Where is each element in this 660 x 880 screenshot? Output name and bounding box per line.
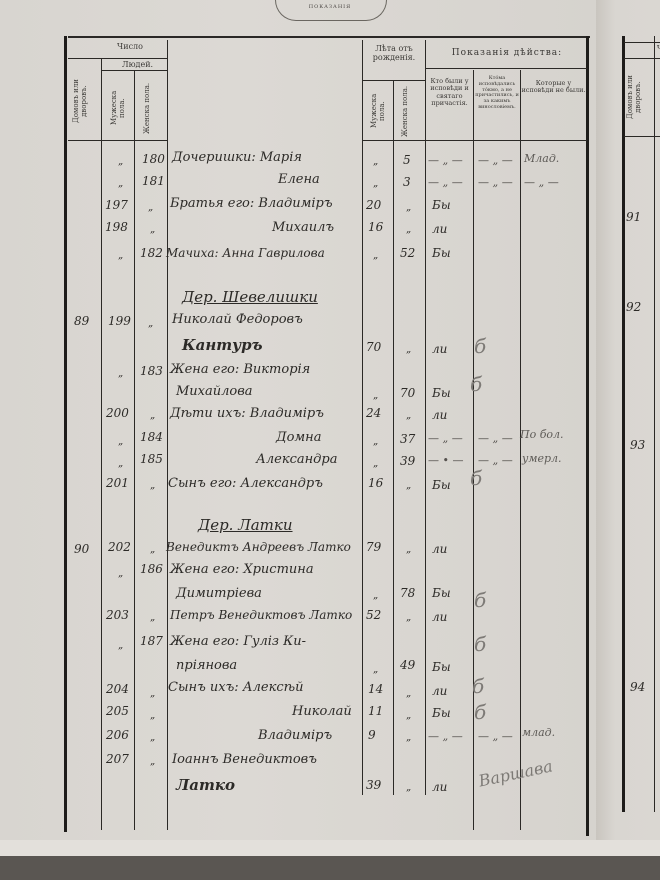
row-12-age-m: „ [373, 590, 378, 601]
row-13-male-no: 203 [106, 608, 129, 622]
row-9-name: Александра [256, 452, 338, 467]
row-10-age-m: 16 [368, 476, 383, 490]
row-17-not-confessed: млад. [522, 726, 555, 739]
right-page-household-94: 94 [630, 680, 645, 694]
row-18-female-no: „ [150, 756, 155, 767]
row-8-only: — „ — [478, 432, 513, 445]
row-17-age-m: 9 [368, 728, 376, 742]
header-line-age [362, 80, 425, 81]
row-8-age-f: 37 [400, 432, 415, 446]
row-5-name: Николай Федоровъ [172, 312, 303, 327]
row-14-patronymic: пріянова [176, 658, 237, 673]
row-14-age-f: 49 [400, 658, 415, 672]
row-6-confessed: Бы [432, 386, 451, 400]
row-3-age-f: „ [406, 224, 411, 235]
table-top-border [68, 36, 590, 38]
row-8-female-no: 184 [140, 430, 163, 444]
row-3-female-no: „ [150, 224, 155, 235]
row-0-name: Дочеришки: Марія [172, 150, 302, 165]
row-11-male-no: 202 [108, 540, 131, 554]
row-7-confessed: ли [432, 408, 447, 422]
row-9-male-no: „ [118, 458, 123, 469]
row-6-age-f: 70 [400, 386, 415, 400]
row-4-male-no: „ [118, 250, 123, 261]
row-14-confessed: Бы [432, 660, 451, 674]
row-11-household: 90 [74, 542, 89, 556]
col-divider-female [167, 40, 168, 830]
row-6-age-m: „ [373, 390, 378, 401]
row-3-confessed: ли [432, 222, 447, 236]
col-divider-age-male [393, 80, 394, 795]
row-3-age-m: 16 [368, 220, 383, 234]
row-15-female-no: „ [150, 688, 155, 699]
row-10-female-no: „ [150, 480, 155, 491]
row-2-female-no: „ [148, 202, 153, 213]
row-8-confessed: — „ — [428, 432, 463, 445]
row-11-confessed: ли [432, 542, 447, 556]
row-0-confessed: — „ — [428, 154, 463, 167]
row-7-age-f: „ [406, 410, 411, 421]
row-11-age-m: 79 [366, 540, 381, 554]
header-male: Мужеска пола. [110, 80, 130, 136]
col-divider-confessed-only [520, 70, 521, 830]
row-12-female-no: 186 [140, 562, 163, 576]
row-8-not-confessed: По бол. [520, 428, 564, 441]
row-6-patronymic: Михайлова [176, 384, 253, 399]
row-4-confessed: Бы [432, 246, 451, 260]
row-8-age-m: „ [373, 436, 378, 447]
table-left-border [64, 36, 67, 832]
row-1-not-confessed: — „ — [524, 176, 559, 189]
row-2-age-f: „ [406, 202, 411, 213]
row-15-age-m: 14 [368, 682, 383, 696]
row-17-female-no: „ [150, 732, 155, 743]
row-18-age-f: „ [406, 782, 411, 793]
row-15-age-f: „ [406, 688, 411, 699]
row-12-patronymic: Димитріева [176, 586, 262, 601]
row-13-female-no: „ [150, 612, 155, 623]
row-16-age-m: 11 [368, 704, 383, 718]
pencil-mark-6: б [472, 674, 484, 698]
header-households: Домовъ или дворовъ. [72, 66, 100, 136]
header-bottom-right [362, 140, 587, 141]
row-0-age-f: 5 [403, 153, 411, 167]
row-1-age-m: „ [373, 178, 378, 189]
row-14-female-no: 187 [140, 634, 163, 648]
row-1-confessed: — „ — [428, 176, 463, 189]
right-page-header-line [624, 58, 660, 59]
row-15-name: Сынъ ихъ: Алексѣй [168, 680, 303, 695]
header-group-actions: Показанія дѣйства: [428, 48, 586, 58]
row-14-male-no: „ [118, 640, 123, 651]
row-14-name: Жена его: Гуліз Ки- [170, 634, 306, 649]
header-line-actions [425, 68, 587, 69]
row-9-only: — „ — [478, 454, 513, 467]
row-12-confessed: Бы [432, 586, 451, 600]
right-page-top-line [624, 42, 660, 43]
table-right-border [586, 36, 589, 836]
section-title-shevelishki: Дер. Шевелишки [182, 288, 318, 306]
row-2-name: Братья его: Владиміръ [170, 196, 333, 211]
row-17-name: Владиміръ [258, 728, 332, 743]
header-bottom-left [68, 140, 168, 141]
row-10-name: Сынъ его: Александръ [168, 476, 323, 491]
row-10-confessed: Бы [432, 478, 451, 492]
header-group-age: Лѣта отъ рожденія. [364, 44, 424, 62]
row-9-confessed: — • — [428, 454, 463, 467]
header-group-people: Людей. [110, 60, 165, 69]
row-7-female-no: „ [150, 410, 155, 421]
row-4-age-f: 52 [400, 246, 415, 260]
pencil-mark-4: б [474, 588, 486, 612]
row-12-name: Жена его: Христина [170, 562, 314, 577]
header-age-male: Мужеска пола. [370, 84, 388, 138]
row-13-age-f: „ [406, 612, 411, 623]
header-confessed-only: Кто́ма исповѣдались то́кмо, а не причаст… [474, 76, 520, 111]
row-14-age-m: „ [373, 664, 378, 675]
row-3-name: Михаилъ [272, 220, 334, 235]
desk-surface [0, 856, 660, 880]
row-0-not-confessed: Млад. [524, 152, 559, 165]
row-16-male-no: 205 [106, 704, 129, 718]
pencil-mark-7: б [474, 700, 486, 724]
right-page-group-label: Ч [655, 44, 660, 53]
row-6-name: Жена его: Викторія [170, 362, 310, 377]
col-divider-age-female [425, 40, 426, 795]
row-5-age-m: 70 [366, 340, 381, 354]
col-divider-households [101, 58, 102, 830]
row-16-female-no: „ [150, 710, 155, 721]
row-5-female-no: „ [148, 318, 153, 329]
row-9-not-confessed: умерл. [522, 452, 562, 465]
row-11-name: Венедиктъ Андреевъ Латко [166, 540, 351, 554]
row-0-age-m: „ [373, 156, 378, 167]
header-line-people [101, 70, 167, 71]
row-18-surname: Латко [176, 776, 235, 794]
row-5-age-f: „ [406, 344, 411, 355]
right-page-household-91: 91 [626, 210, 641, 224]
row-9-age-m: „ [373, 458, 378, 469]
right-page-col-divider [654, 36, 655, 812]
row-13-confessed: ли [432, 610, 447, 624]
row-2-age-m: 20 [366, 198, 381, 212]
row-0-female-no: 180 [142, 152, 165, 166]
row-0-male-no: „ [118, 156, 123, 167]
row-4-name: Мачиха: Анна Гаврилова [166, 246, 325, 260]
right-page-header-households: Домовъ или дворовъ. [626, 62, 652, 132]
row-18-confessed: ли [432, 780, 447, 794]
row-3-male-no: 198 [105, 220, 128, 234]
right-page-header-bottom [624, 136, 660, 137]
row-10-male-no: 201 [106, 476, 129, 490]
row-8-male-no: „ [118, 436, 123, 447]
right-page-left-border [622, 36, 625, 812]
row-7-male-no: 200 [106, 406, 129, 420]
row-4-female-no: 182 [140, 246, 163, 260]
row-17-confessed: — „ — [428, 730, 463, 743]
row-9-age-f: 39 [400, 454, 415, 468]
pencil-mark-5: б [474, 632, 486, 656]
row-16-name: Николай [292, 704, 352, 719]
pencil-mark-3: б [470, 466, 482, 490]
right-page-household-93: 93 [630, 438, 645, 452]
pencil-mark-1: б [474, 334, 486, 358]
row-11-female-no: „ [150, 544, 155, 555]
right-page-household-92: 92 [626, 300, 641, 314]
row-18-name: Іоаннъ Венедиктовъ [172, 752, 317, 767]
header-confessed: Кто были у исповѣди и святаго причастія. [426, 78, 473, 108]
section-title-latki: Дер. Латки [198, 516, 293, 534]
header-not-confessed: Которые у исповѣди не были. [521, 80, 586, 95]
row-17-only: — „ — [478, 730, 513, 743]
header-female: Женска пола. [143, 80, 163, 136]
row-6-male-no: „ [118, 368, 123, 379]
row-15-confessed: ли [432, 684, 447, 698]
row-5-confessed: ли [432, 342, 447, 356]
row-6-female-no: 183 [140, 364, 163, 378]
row-12-male-no: „ [118, 568, 123, 579]
header-line-number [68, 58, 168, 59]
row-1-female-no: 181 [142, 174, 165, 188]
row-0-only: — „ — [478, 154, 513, 167]
row-18-male-no: 207 [106, 752, 129, 766]
row-16-confessed: Бы [432, 706, 451, 720]
header-age-female: Женска пола. [401, 84, 419, 138]
row-17-male-no: 206 [106, 728, 129, 742]
row-2-male-no: 197 [105, 198, 128, 212]
row-10-age-f: „ [406, 480, 411, 491]
row-17-age-f: „ [406, 732, 411, 743]
row-7-age-m: 24 [366, 406, 381, 420]
row-1-male-no: „ [118, 178, 123, 189]
row-5-male-no: 199 [108, 314, 131, 328]
row-9-female-no: 185 [140, 452, 163, 466]
row-5-household: 89 [74, 314, 89, 328]
row-11-age-f: „ [406, 544, 411, 555]
col-divider-names [362, 40, 363, 795]
page-bottom-edge [0, 840, 660, 856]
row-4-age-m: „ [373, 250, 378, 261]
emblem-ribbon-text: ПОКАЗАНІЯ [295, 4, 365, 14]
row-1-name: Елена [278, 172, 320, 187]
row-12-age-f: 78 [400, 586, 415, 600]
row-8-name: Домна [276, 430, 322, 445]
row-18-age-m: 39 [366, 778, 381, 792]
row-15-male-no: 204 [106, 682, 129, 696]
row-2-confessed: Бы [432, 198, 451, 212]
row-16-age-f: „ [406, 710, 411, 721]
row-1-age-f: 3 [403, 175, 411, 189]
row-7-name: Дѣти ихъ: Владиміръ [170, 406, 324, 421]
pencil-mark-2: б [470, 372, 482, 396]
row-13-name: Петръ Венедиктовъ Латко [170, 608, 352, 622]
header-group-number: Число [100, 42, 160, 51]
row-13-age-m: 52 [366, 608, 381, 622]
row-5-surname: Кантуръ [182, 336, 263, 354]
col-divider-male [134, 70, 135, 830]
row-1-only: — „ — [478, 176, 513, 189]
